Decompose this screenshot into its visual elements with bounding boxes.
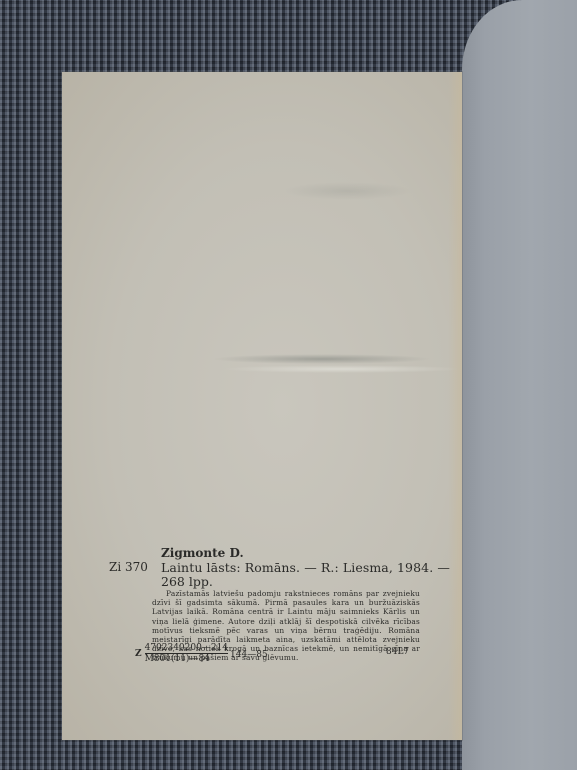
catalog-fraction: 4702340200—214 M801(11)—84	[145, 643, 228, 665]
call-number: Zi 370	[109, 560, 148, 574]
book-page: Zi 370 Zigmonte D. Laintu lāsts: Romāns.…	[62, 72, 462, 740]
catalog-code: Z 4702340200—214 M801(11)—84 144—85	[135, 643, 268, 665]
catalog-denominator: M801(11)—84	[145, 654, 210, 665]
page-crease-shadow	[212, 354, 432, 364]
catalog-prefix: Z	[135, 649, 142, 659]
catalog-suffix: 144—85	[230, 650, 268, 660]
page-crease-highlight	[222, 365, 462, 373]
author: Zigmonte D.	[161, 546, 244, 560]
classification-code: 84L7	[386, 647, 409, 657]
title-publication-line: Laintu lāsts: Romāns. — R.: Liesma, 1984…	[161, 560, 450, 575]
page-count: 268 lpp.	[161, 574, 213, 589]
catalog-numerator: 4702340200—214	[145, 643, 228, 654]
book-cover	[462, 0, 577, 770]
page-crease	[282, 182, 412, 200]
